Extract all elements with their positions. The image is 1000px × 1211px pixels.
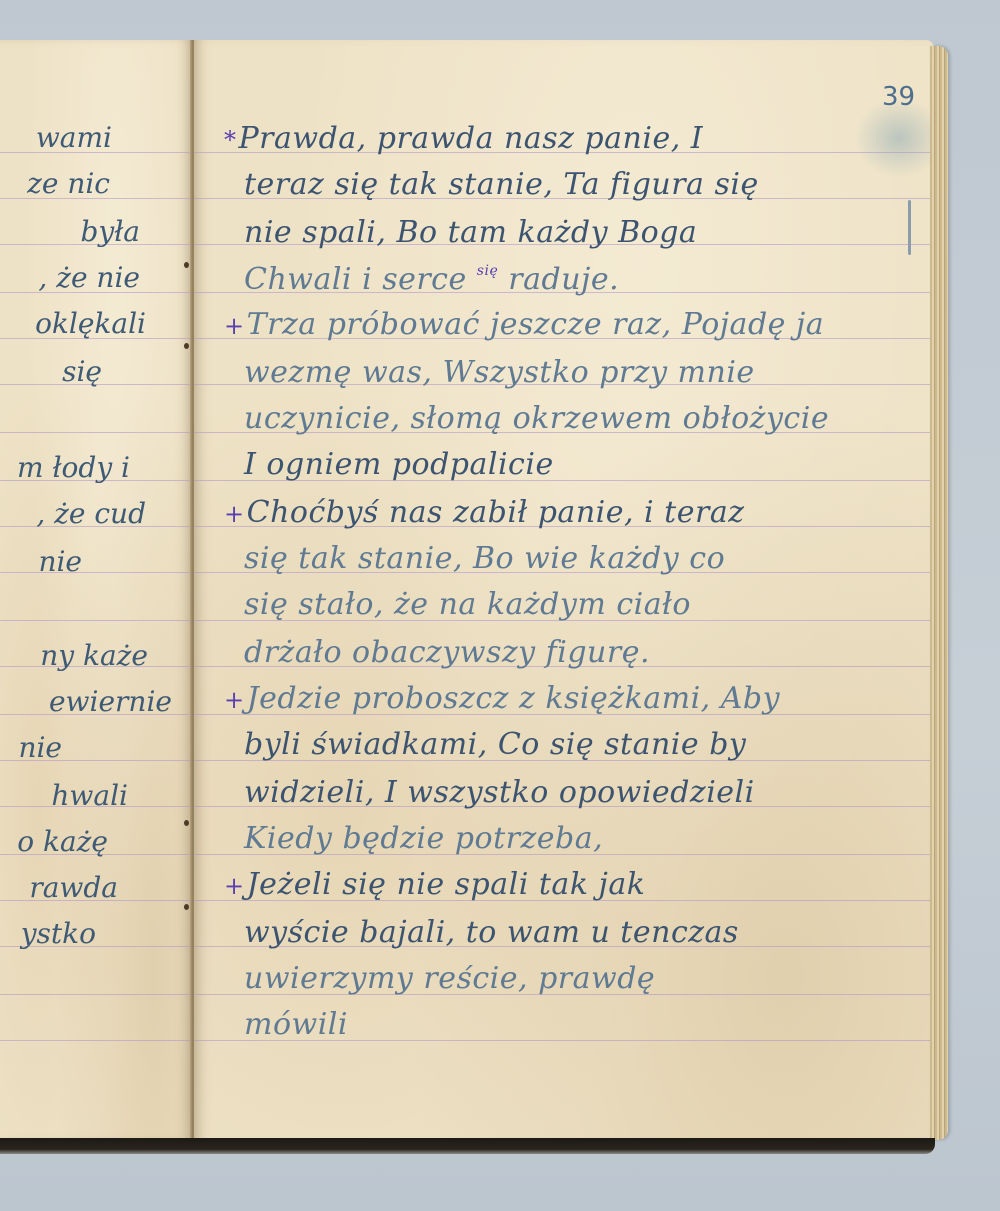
left-line: oklękali: [35, 310, 146, 338]
cross-marker-icon: +: [224, 686, 245, 714]
left-line: była: [80, 218, 140, 246]
page-number: 39: [882, 82, 915, 112]
notebook-spread: wami ze nic była , że nie oklękali się m…: [0, 40, 948, 1152]
cross-marker-icon: +: [224, 312, 245, 340]
left-line: się: [62, 358, 102, 386]
verse-line: Chwali i serce się raduje.: [244, 264, 619, 295]
left-line: m łody i: [17, 454, 130, 482]
left-line: wami: [36, 124, 112, 152]
verse-line: I ogniem podpalicie: [244, 450, 554, 480]
binding-stitch: [184, 820, 189, 826]
binding-stitch: [184, 343, 189, 349]
left-page: wami ze nic była , że nie oklękali się m…: [0, 40, 192, 1140]
margin-ink-mark: [908, 200, 911, 255]
verse-line: wyście bajali, to wam u tenczas: [244, 918, 739, 948]
left-line: ystko: [21, 920, 96, 948]
verse-line: wezmę was, Wszystko przy mnie: [244, 358, 755, 388]
ruled-line: [0, 620, 192, 621]
verse-line: *Prawda, prawda nasz panie, I: [224, 124, 703, 154]
verse-line: drżało obaczywszy figurę.: [244, 638, 650, 668]
verse-line: byli świadkami, Co się stanie by: [244, 730, 746, 760]
left-line: ny każe: [40, 642, 148, 670]
verse-line: +Choćbyś nas zabił panie, i teraz: [224, 498, 745, 528]
right-page: 39 *Prawda, prawda nasz panie, I teraz s…: [194, 40, 934, 1142]
verse-line: +Jeżeli się nie spali tak jak: [224, 870, 645, 900]
verse-line: się stało, że na każdym ciało: [244, 590, 691, 620]
cover-edge: [0, 1138, 935, 1154]
verse-line: uczynicie, słomą okrzewem obłożycie: [244, 404, 829, 434]
verse-line: nie spali, Bo tam każdy Boga: [244, 218, 697, 248]
left-line: , że cud: [36, 500, 146, 528]
ruled-line: [0, 1040, 192, 1041]
verse-line: uwierzymy reście, prawdę: [244, 964, 655, 994]
left-line: nie: [18, 734, 62, 762]
cross-marker-icon: +: [224, 500, 245, 528]
ruled-line: [0, 432, 192, 433]
left-line: ze nic: [27, 170, 110, 198]
verse-line: się tak stanie, Bo wie każdy co: [244, 544, 725, 574]
cross-marker-icon: +: [224, 872, 245, 900]
asterisk-marker-icon: *: [224, 126, 237, 154]
ruled-line: [0, 572, 192, 573]
left-line: rawda: [29, 874, 118, 902]
verse-line: mówili: [244, 1010, 348, 1040]
ruled-line: [0, 994, 192, 995]
verse-line: Kiedy będzie potrzeba,: [244, 824, 603, 854]
left-line: nie: [38, 548, 82, 576]
left-line: hwali: [51, 782, 128, 810]
inserted-word: się: [477, 263, 498, 279]
verse-line: +Trza próbować jeszcze raz, Pojadę ja: [224, 310, 824, 340]
verse-line: +Jedzie proboszcz z księżkami, Aby: [224, 684, 780, 714]
binding-stitch: [184, 262, 189, 268]
page-block-edge: [930, 46, 948, 1140]
left-line: , że nie: [38, 264, 140, 292]
left-line: o każę: [17, 828, 108, 856]
left-line: ewiernie: [49, 688, 172, 716]
binding-stitch: [184, 904, 189, 910]
verse-line: widzieli, I wszystko opowiedzieli: [244, 778, 755, 808]
verse-line: teraz się tak stanie, Ta figura się: [244, 170, 759, 200]
